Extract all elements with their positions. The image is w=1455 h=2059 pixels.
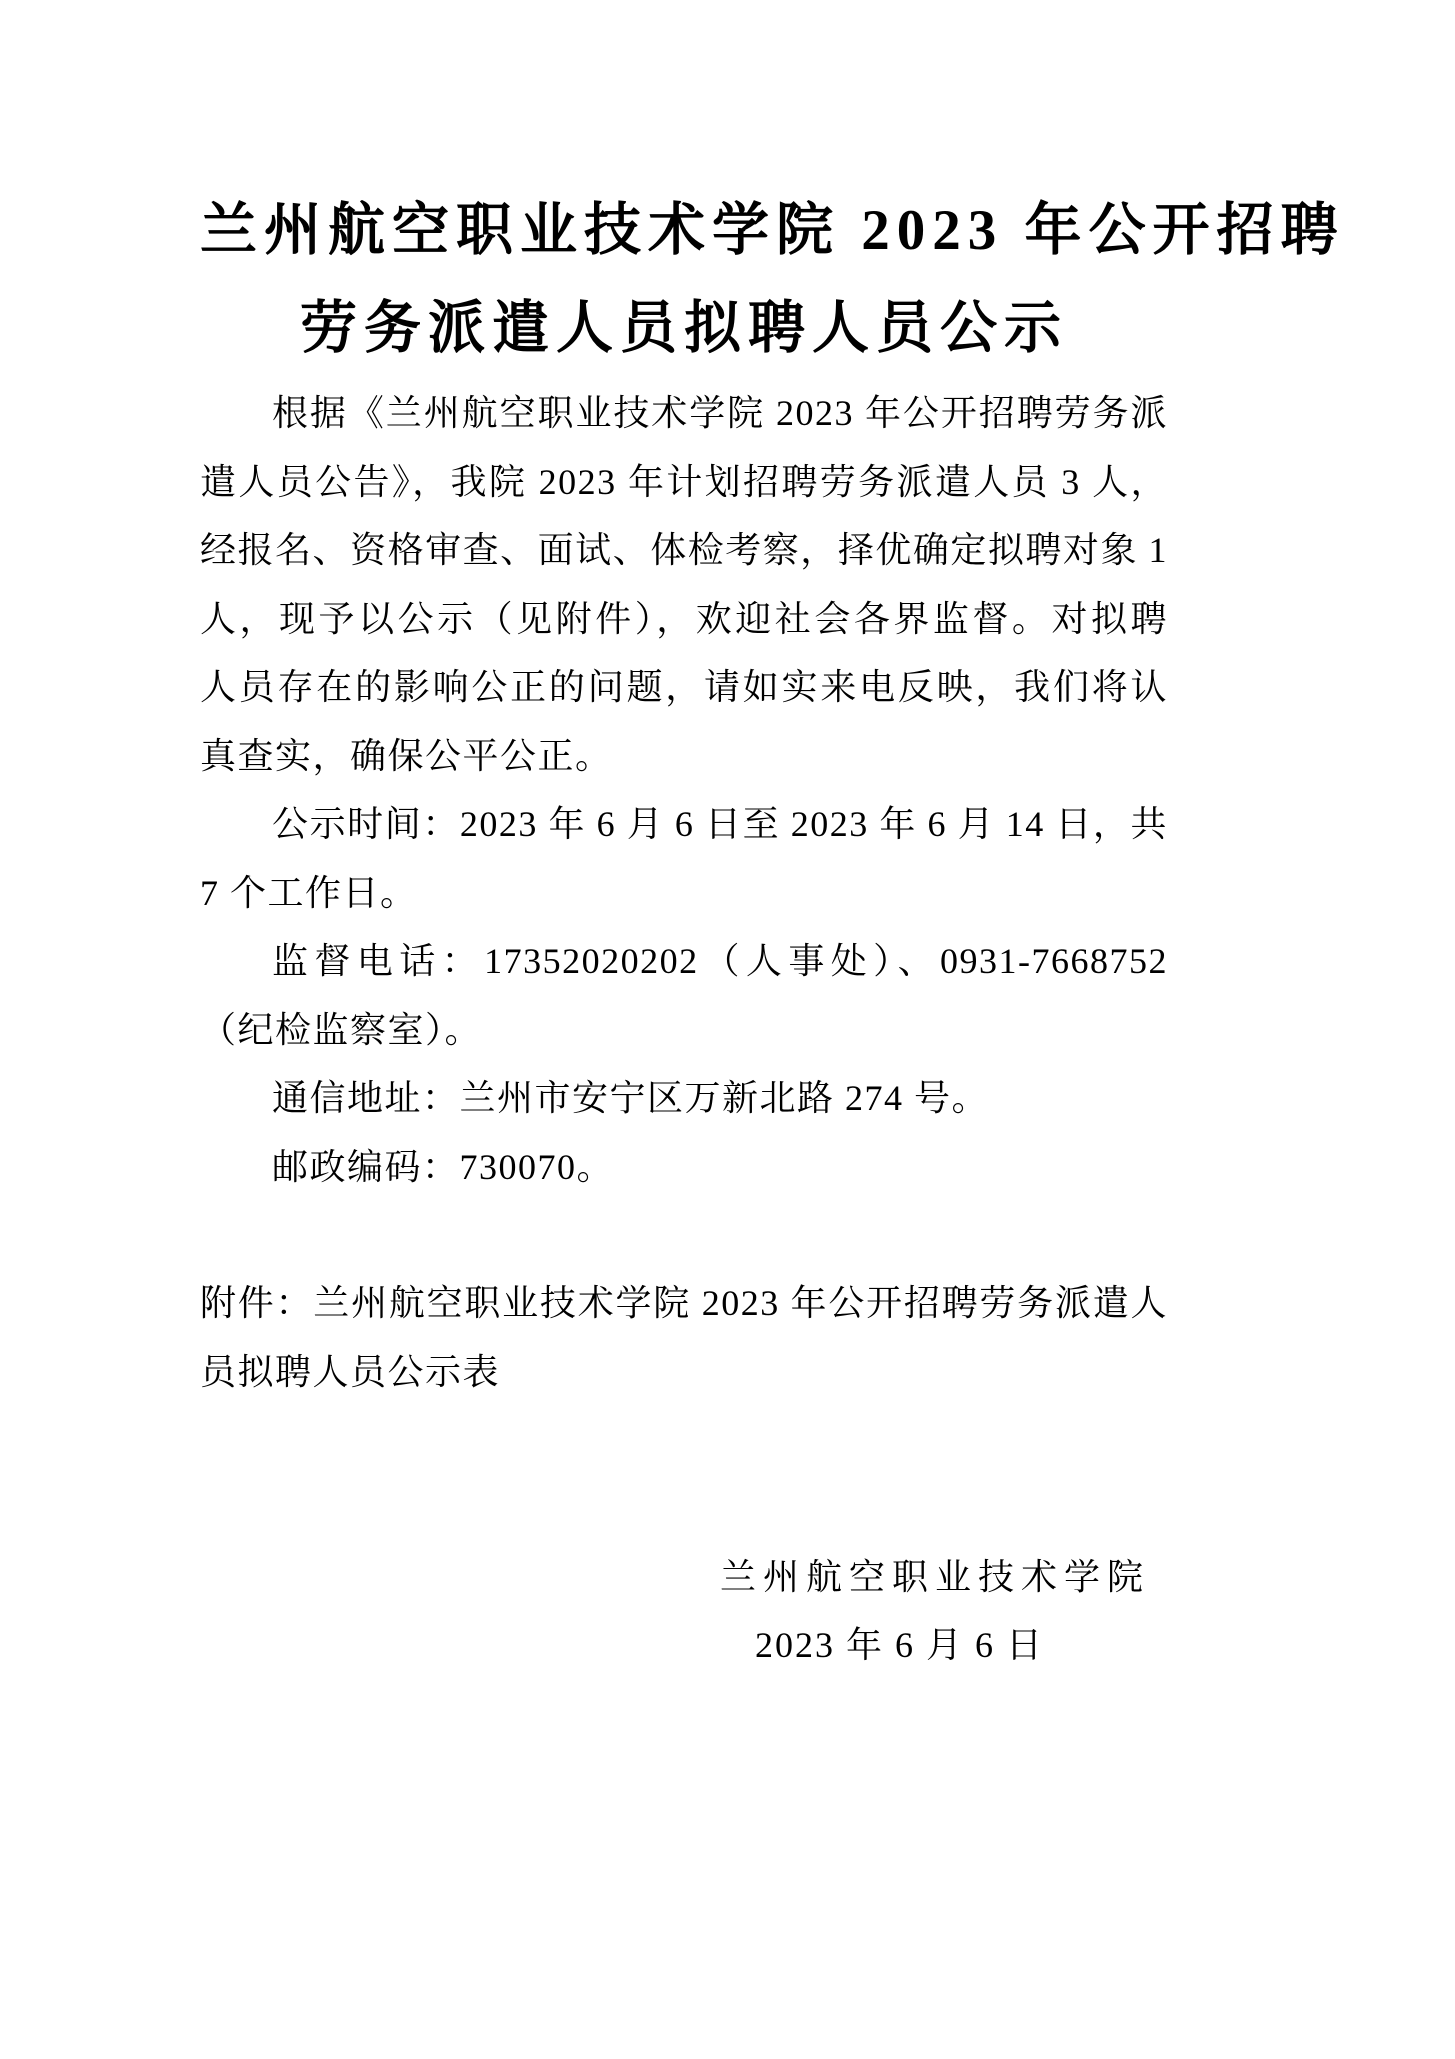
attachment-line: 员拟聘人员公示表: [200, 1338, 1168, 1407]
title-line-1: 兰州航空职业技术学院 2023 年公开招聘: [200, 182, 1168, 280]
title-line-2: 劳务派遣人员拟聘人员公示: [200, 280, 1168, 378]
signature-date: 2023 年 6 月 6 日: [755, 1611, 1044, 1679]
body-line: 人员存在的影响公正的问题，请如实来电反映，我们将认: [200, 653, 1168, 722]
body-line: （纪检监察室）。: [200, 996, 1168, 1065]
body-line: 根据《兰州航空职业技术学院 2023 年公开招聘劳务派: [200, 379, 1168, 448]
document-title: 兰州航空职业技术学院 2023 年公开招聘 劳务派遣人员拟聘人员公示: [200, 182, 1168, 378]
body-line: 邮政编码：730070。: [200, 1133, 1168, 1202]
attachment-line: 附件：兰州航空职业技术学院 2023 年公开招聘劳务派遣人: [200, 1269, 1168, 1338]
body-text: 根据《兰州航空职业技术学院 2023 年公开招聘劳务派遣人员公告》，我院 202…: [200, 379, 1168, 1201]
body-line: 真查实，确保公平公正。: [200, 722, 1168, 791]
body-line: 遣人员公告》，我院 2023 年计划招聘劳务派遣人员 3 人，: [200, 448, 1168, 517]
body-line: 公示时间：2023 年 6 月 6 日至 2023 年 6 月 14 日，共: [200, 790, 1168, 859]
body-line: 通信地址：兰州市安宁区万新北路 274 号。: [200, 1064, 1168, 1133]
body-line: 经报名、资格审查、面试、体检考察，择优确定拟聘对象 1: [200, 516, 1168, 585]
body-line: 7 个工作日。: [200, 859, 1168, 928]
signature-organization: 兰州航空职业技术学院: [720, 1543, 1150, 1611]
attachment-note: 附件：兰州航空职业技术学院 2023 年公开招聘劳务派遣人员拟聘人员公示表: [200, 1269, 1168, 1406]
document-page: 兰州航空职业技术学院 2023 年公开招聘 劳务派遣人员拟聘人员公示 根据《兰州…: [0, 0, 1455, 2059]
body-line: 监督电话：17352020202（人事处）、0931-7668752: [200, 927, 1168, 996]
body-line: 人，现予以公示（见附件），欢迎社会各界监督。对拟聘: [200, 585, 1168, 654]
